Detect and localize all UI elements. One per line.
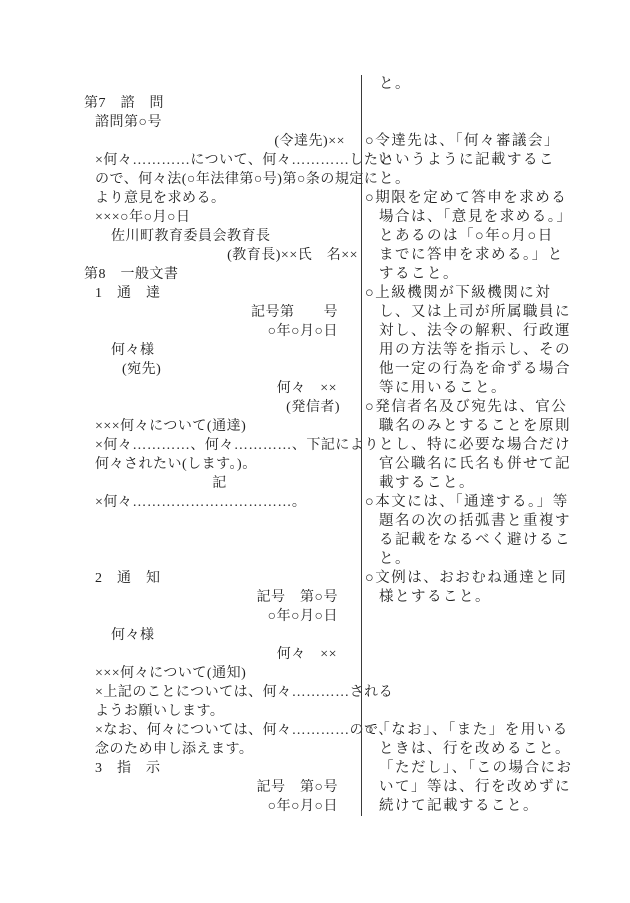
annotation-line-continuation: いて」等は、行を改めずに <box>362 778 628 797</box>
annotation-line-continuation: 続けて記載すること。 <box>362 797 628 816</box>
annotation-line: ○上級機関が下級機関に対 <box>362 284 628 303</box>
document-line: ようお願いします。 <box>0 702 361 721</box>
document-line <box>0 75 361 94</box>
document-line: ×××○年○月○日 <box>0 208 361 227</box>
annotation-line-continuation: 他一定の行為を命ずる場合 <box>362 360 628 379</box>
document-line: 3 指 示 <box>0 759 361 778</box>
document-line: ○年○月○日 <box>0 322 361 341</box>
annotation-line-continuation: 用の方法等を指示し、その <box>362 341 628 360</box>
annotation-line-continuation <box>362 645 628 664</box>
document-line: 何々 ×× <box>0 645 361 664</box>
annotation-line-continuation: 職名のみとすることを原則 <box>362 417 628 436</box>
document-line: ×××何々について(通達) <box>0 417 361 436</box>
annotation-line-continuation <box>362 94 628 113</box>
annotation-line-continuation: 対し、法令の解釈、行政運 <box>362 322 628 341</box>
annotation-line-continuation: と。 <box>362 550 628 569</box>
annotation-line-continuation: 「ただし」、「この場合にお <box>362 759 628 778</box>
annotation-line-continuation <box>362 683 628 702</box>
document-line: 何々されたい(します。)。 <box>0 455 361 474</box>
annotation-line-continuation: 官公職名に氏名も併せて記 <box>362 455 628 474</box>
annotation-line: ○本文には、「通達する。」等 <box>362 493 628 512</box>
document-line: ×××何々について(通知) <box>0 664 361 683</box>
document-line: ×何々…………、何々…………、下記により <box>0 436 361 455</box>
annotation-line-continuation: と。 <box>362 170 628 189</box>
document-line: 記号第 号 <box>0 303 361 322</box>
document-line: ×何々…………について、何々…………したい <box>0 151 361 170</box>
annotation-line-continuation <box>362 607 628 626</box>
document-line: 記号 第○号 <box>0 588 361 607</box>
document-line: 念のため申し添えます。 <box>0 740 361 759</box>
document-line: 記 <box>0 474 361 493</box>
document-line: 1 通 達 <box>0 284 361 303</box>
annotation-line-continuation <box>362 664 628 683</box>
document-line: 記号 第○号 <box>0 778 361 797</box>
annotation-line-continuation <box>362 702 628 721</box>
document-line: 2 通 知 <box>0 569 361 588</box>
document-line <box>0 550 361 569</box>
annotation-line-continuation: というように記載するこ <box>362 151 628 170</box>
annotation-line: ○発信者名及び宛先は、官公 <box>362 398 628 417</box>
annotation-line: ○「なお」、「また」を用いる <box>362 721 628 740</box>
document-line: 諮問第○号 <box>0 113 361 132</box>
document-line <box>0 531 361 550</box>
document-line: 何々様 <box>0 626 361 645</box>
document-line: ×何々……………………………。 <box>0 493 361 512</box>
right-column: と。○令達先は、「何々審議会」というように記載すること。○期限を定めて答申を求め… <box>362 75 628 816</box>
annotation-line-continuation <box>362 113 628 132</box>
annotation-line-continuation <box>362 626 628 645</box>
annotation-line-continuation: 様とすること。 <box>362 588 628 607</box>
annotation-line: ○令達先は、「何々審議会」 <box>362 132 628 151</box>
left-column: 第7 諮 問諮問第○号(令達先)×××何々…………について、何々…………したいの… <box>0 75 361 816</box>
annotation-line-continuation: と。 <box>362 75 628 94</box>
annotation-line-continuation: 題名の次の括弧書と重複す <box>362 512 628 531</box>
annotation-line: ○文例は、おおむね通達と同 <box>362 569 628 588</box>
document-line: 第8 一般文書 <box>0 265 361 284</box>
document-line: ×なお、何々については、何々…………ので、 <box>0 721 361 740</box>
annotation-line-continuation: 等に用いること。 <box>362 379 628 398</box>
annotation-line-continuation: すること。 <box>362 265 628 284</box>
document-line: 何々様 <box>0 341 361 360</box>
annotation-line: ○期限を定めて答申を求める <box>362 189 628 208</box>
document-line: (発信者) <box>0 398 361 417</box>
document-line: より意見を求める。 <box>0 189 361 208</box>
document-line: (令達先)×× <box>0 132 361 151</box>
annotation-line-continuation: る記載をなるべく避けるこ <box>362 531 628 550</box>
document-line: (宛先) <box>0 360 361 379</box>
document-line: (教育長)××氏 名×× <box>0 246 361 265</box>
document-line: ○年○月○日 <box>0 607 361 626</box>
document-line: 第7 諮 問 <box>0 94 361 113</box>
document-line <box>0 512 361 531</box>
annotation-line-continuation: までに答申を求める。」と <box>362 246 628 265</box>
document-page: 第7 諮 問諮問第○号(令達先)×××何々…………について、何々…………したいの… <box>0 0 630 903</box>
annotation-line-continuation: 場合は、「意見を求める。」 <box>362 208 628 227</box>
document-line: ○年○月○日 <box>0 797 361 816</box>
annotation-line-continuation: し、又は上司が所属職員に <box>362 303 628 322</box>
annotation-line-continuation: とし、特に必要な場合だけ <box>362 436 628 455</box>
document-line: ×上記のことについては、何々…………される <box>0 683 361 702</box>
annotation-line-continuation: ときは、行を改めること。 <box>362 740 628 759</box>
document-line: 何々 ×× <box>0 379 361 398</box>
annotation-line-continuation: 載すること。 <box>362 474 628 493</box>
document-line: ので、何々法(○年法律第○号)第○条の規定に <box>0 170 361 189</box>
document-line: 佐川町教育委員会教育長 <box>0 227 361 246</box>
annotation-line-continuation: とあるのは「○年○月○日 <box>362 227 628 246</box>
